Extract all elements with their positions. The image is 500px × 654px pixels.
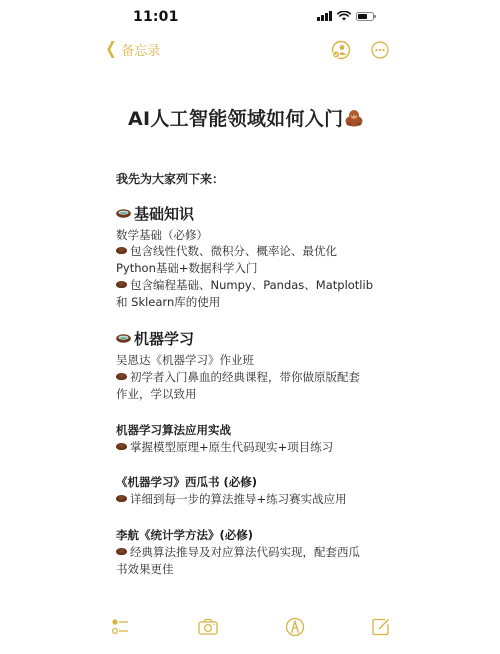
bullet-icon (116, 281, 127, 288)
more-ellipsis-icon[interactable] (371, 41, 389, 59)
section-heading-text: 机器学习 (134, 328, 194, 349)
section-heading-text: 基础知识 (134, 203, 194, 224)
bullet-icon (116, 443, 127, 450)
note-title[interactable]: AI人工智能领域如何入门 (128, 104, 364, 131)
bullet-line: 包含编程基础、Numpy、Pandas、Matplotlib (116, 277, 373, 293)
back-button[interactable]: ❮ 备忘录 (104, 40, 160, 59)
line: 书效果更佳 (116, 561, 174, 577)
note-title-text: AI人工智能领域如何入门 (128, 108, 343, 130)
chevron-left-icon: ❮ (105, 41, 116, 58)
bullet-line: 初学者入门鼻血的经典课程，带你做原版配套 (116, 369, 360, 385)
checklist-icon[interactable] (110, 616, 132, 638)
share-collaborate-icon[interactable] (331, 40, 351, 60)
section-heading-basics: 基础知识 (116, 203, 194, 224)
line: 数学基础（必修） (116, 227, 208, 243)
bullet-line: 包含线性代数、微积分、概率论、最优化 (116, 243, 337, 259)
nav-bar: ❮ 备忘录 (0, 34, 500, 66)
status-time: 11:01 (133, 9, 179, 25)
bullet-icon (116, 548, 127, 555)
line: 和 Sklearn库的使用 (116, 294, 220, 310)
bullet-icon (116, 495, 127, 502)
markup-pen-icon[interactable] (284, 616, 306, 638)
bullet-icon (116, 247, 127, 254)
subheading: 机器学习算法应用实战 (116, 422, 231, 438)
orangutan-emoji-icon (344, 109, 364, 127)
bullet-line: 详细到每一步的算法推导+练习赛实战应用 (116, 491, 347, 507)
bullet-icon (116, 373, 127, 380)
section-heading-ml: 机器学习 (116, 328, 194, 349)
compose-icon[interactable] (370, 616, 392, 638)
subheading: 《机器学习》西瓜书 (必修) (116, 474, 257, 490)
nest-emoji-icon (116, 334, 131, 343)
intro-text: 我先为大家列下来： (116, 170, 224, 187)
bottom-toolbar (0, 612, 500, 642)
wifi-icon (337, 11, 351, 21)
bullet-line: 掌握模型原理+原生代码现实+项目练习 (116, 439, 333, 455)
status-icons (317, 11, 374, 21)
line: Python基础+数据科学入门 (116, 260, 258, 276)
battery-icon (356, 12, 374, 21)
line: 吴恩达《机器学习》作业班 (116, 352, 254, 368)
back-label: 备忘录 (121, 40, 160, 59)
cellular-signal-icon (317, 11, 332, 21)
bullet-line: 经典算法推导及对应算法代码实现，配套西瓜 (116, 544, 360, 560)
status-bar: 11:01 (0, 0, 500, 34)
subheading: 李航《统计学方法》(必修) (116, 527, 253, 543)
nest-emoji-icon (116, 209, 131, 218)
line: 作业，学以致用 (116, 386, 197, 402)
camera-icon[interactable] (197, 616, 219, 638)
